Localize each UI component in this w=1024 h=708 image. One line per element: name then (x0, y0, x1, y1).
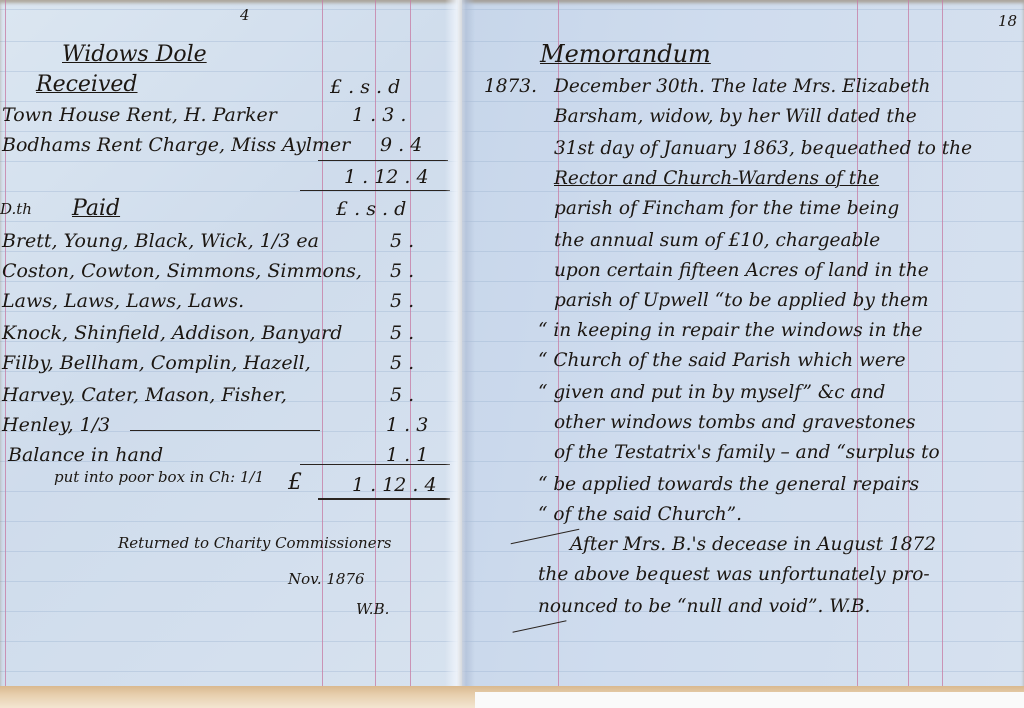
pounds-column-rule (322, 0, 323, 692)
returned-date: Nov. 1876 (288, 570, 365, 588)
paid-row-amount: 5 . (390, 290, 414, 312)
paid-row-text: Henley, 1/3 (2, 414, 110, 436)
memo-line: parish of Fincham for the time being (554, 198, 899, 219)
total-double-line (318, 498, 450, 500)
subtotal-line (318, 160, 448, 161)
paid-row-text: Filby, Bellham, Complin, Hazell, (2, 352, 311, 374)
memo-line: the annual sum of £10, chargeable (554, 230, 880, 251)
memo-line: “ in keeping in repair the windows in th… (538, 320, 923, 341)
paid-row-text: Coston, Cowton, Simmons, Simmons, (2, 260, 362, 282)
paid-row-text: Harvey, Cater, Mason, Fisher, (2, 384, 287, 406)
paid-row-text: Brett, Young, Black, Wick, 1/3 ea (2, 230, 319, 252)
memo-line: “ Church of the said Parish which were (538, 350, 906, 371)
pounds-column-rule (857, 0, 858, 692)
received-column-header: £ . s . d (330, 76, 400, 98)
memo-line: Barsham, widow, by her Will dated the (554, 106, 917, 127)
pence-column-rule (942, 0, 943, 692)
memo-line: Rector and Church-Wardens of the (554, 168, 879, 189)
received-heading: Received (36, 72, 138, 97)
received-row-amount: 1 . 3 . (330, 104, 452, 126)
memo-line: After Mrs. B.'s decease in August 1872 (570, 534, 936, 555)
memo-line: the above bequest was unfortunately pro- (538, 564, 930, 585)
paid-date: D.th (0, 200, 32, 218)
book-gutter (445, 0, 475, 692)
initials: W.B. (356, 600, 389, 618)
received-row-text: Bodhams Rent Charge, Miss Aylmer (2, 134, 350, 156)
memo-line: nounced to be “null and void”. W.B. (538, 596, 870, 617)
received-total: 1 . 12 . 4 (344, 166, 429, 188)
paid-row-amount: 5 . (390, 352, 414, 374)
paid-column-header: £ . s . d (336, 198, 406, 220)
memo-title: Memorandum (540, 40, 711, 68)
left-page: 4 Widows Dole Received £ . s . d Town Ho… (0, 0, 458, 692)
memo-line: 31st day of January 1863, bequeathed to … (554, 138, 972, 159)
paid-total: 1 . 12 . 4 (352, 474, 437, 496)
paid-row-text: Laws, Laws, Laws, Laws. (2, 290, 244, 312)
paid-row-amount: 5 . (390, 322, 414, 344)
total-line (300, 190, 450, 191)
memo-line: parish of Upwell “to be applied by them (554, 290, 929, 311)
paid-row-text: Knock, Shinfield, Addison, Banyard (2, 322, 342, 344)
returned-note: Returned to Charity Commissioners (118, 534, 391, 552)
paid-row-amount: 5 . (390, 260, 414, 282)
shillings-column-rule (908, 0, 909, 692)
paid-heading: Paid (72, 196, 120, 221)
received-row-amount: 9 . 4 (380, 134, 422, 156)
corner-mark: 4 (240, 6, 250, 24)
background-edge (475, 692, 1024, 708)
flourish-line (130, 430, 320, 431)
paid-row-amount: 5 . (390, 230, 414, 252)
book-bottom-edge (0, 686, 1024, 708)
paid-row-amount: 1 . 3 (386, 414, 428, 436)
memo-line: other windows tombs and gravestones (554, 412, 916, 433)
memo-line: December 30th. The late Mrs. Elizabeth (554, 76, 930, 97)
pound-symbol: £ (288, 470, 302, 495)
ledger-spread: 4 Widows Dole Received £ . s . d Town Ho… (0, 0, 1024, 708)
right-page: 18 Memorandum 1873. December 30th. The l… (462, 0, 1024, 692)
memo-year: 1873. (484, 76, 537, 97)
paid-row-amount: 5 . (390, 384, 414, 406)
balance-amount: 1 . 1 (386, 444, 428, 466)
memo-line: “ of the said Church”. (538, 504, 742, 525)
memo-line: “ given and put in by myself” &c and (538, 382, 885, 403)
balance-label: Balance in hand (8, 444, 163, 466)
memo-line: of the Testatrix's family – and “surplus… (554, 442, 940, 463)
received-row-text: Town House Rent, H. Parker (2, 104, 277, 126)
page-title: Widows Dole (62, 42, 207, 67)
poor-box-note: put into poor box in Ch: 1/1 (54, 468, 264, 486)
page-number: 18 (998, 12, 1017, 30)
memo-line: upon certain fifteen Acres of land in th… (554, 260, 929, 281)
margin-rule (558, 0, 559, 692)
memo-line: “ be applied towards the general repairs (538, 474, 919, 495)
